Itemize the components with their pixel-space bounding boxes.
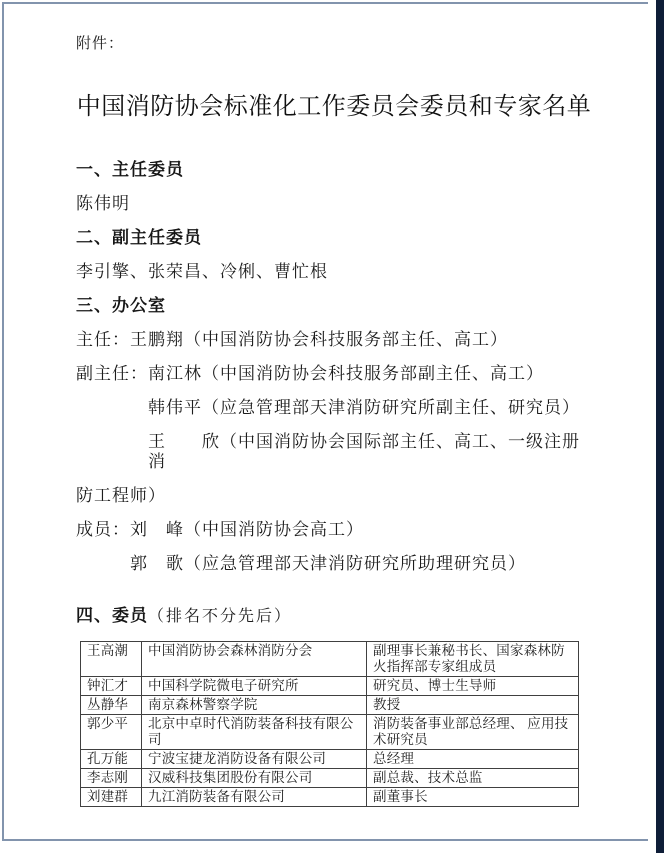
document-content: 附件： 中国消防协会标准化工作委员会委员和专家名单 一、主任委员 陈伟明 二、副…: [4, 4, 648, 807]
member-title-cell: 副董事长: [367, 788, 579, 807]
member-name-cell: 王高潮: [81, 642, 142, 677]
table-row: 丛静华 南京森林警察学院 教授: [81, 696, 579, 715]
member-name-cell: 丛静华: [81, 696, 142, 715]
member-org-cell: 中国科学院微电子研究所: [142, 677, 367, 696]
member-title-cell: 研究员、博士生导师: [367, 677, 579, 696]
table-row: 钟汇才 中国科学院微电子研究所 研究员、博士生导师: [81, 677, 579, 696]
section-heading-chairman: 一、主任委员: [76, 160, 592, 180]
page-edge-shadow: [656, 0, 664, 853]
member-name-cell: 刘建群: [81, 788, 142, 807]
table-row: 李志刚 汉威科技集团股份有限公司 副总裁、技术总监: [81, 769, 579, 788]
member-title-cell: 消防装备事业部总经理、 应用技术研究员: [367, 715, 579, 750]
office-deputy-line-3: 王 欣（中国消防协会国际部主任、高工、一级注册消: [76, 432, 592, 472]
section-heading-office: 三、办公室: [76, 296, 592, 316]
member-org-cell: 宁波宝捷龙消防设备有限公司: [142, 750, 367, 769]
attachment-label: 附件：: [76, 34, 592, 54]
vice-chairmen-names: 李引擎、张荣昌、冷俐、曹忙根: [76, 262, 592, 282]
table-row: 刘建群 九江消防装备有限公司 副董事长: [81, 788, 579, 807]
office-deputy-line-2: 韩伟平（应急管理部天津消防研究所副主任、研究员）: [76, 398, 592, 418]
member-org-cell: 汉威科技集团股份有限公司: [142, 769, 367, 788]
member-title-cell: 教授: [367, 696, 579, 715]
table-row: 郭少平 北京中卓时代消防装备科技有限公司 消防装备事业部总经理、 应用技术研究员: [81, 715, 579, 750]
office-director-line: 主任：王鹏翔（中国消防协会科技服务部主任、高工）: [76, 330, 592, 350]
office-member-line-1: 成员：刘 峰（中国消防协会高工）: [76, 520, 592, 540]
member-name-cell: 李志刚: [81, 769, 142, 788]
member-org-cell: 九江消防装备有限公司: [142, 788, 367, 807]
table-row: 孔万能 宁波宝捷龙消防设备有限公司 总经理: [81, 750, 579, 769]
office-deputy-line-1: 副主任：南江林（中国消防协会科技服务部副主任、高工）: [76, 364, 592, 384]
member-org-cell: 南京森林警察学院: [142, 696, 367, 715]
member-title-cell: 总经理: [367, 750, 579, 769]
table-row: 王高潮 中国消防协会森林消防分会 副理事长兼秘书长、国家森林防火指挥部专家组成员: [81, 642, 579, 677]
section-heading-vice-chairmen: 二、副主任委员: [76, 228, 592, 248]
member-title-cell: 副总裁、技术总监: [367, 769, 579, 788]
member-org-cell: 北京中卓时代消防装备科技有限公司: [142, 715, 367, 750]
section-heading-members-label: 四、委员: [76, 606, 148, 625]
member-name-cell: 孔万能: [81, 750, 142, 769]
chairman-name: 陈伟明: [76, 194, 592, 214]
member-title-cell: 副理事长兼秘书长、国家森林防火指挥部专家组成员: [367, 642, 579, 677]
page-title: 中国消防协会标准化工作委员会委员和专家名单: [76, 90, 592, 124]
member-name-cell: 郭少平: [81, 715, 142, 750]
office-deputy-line-3-wrap: 防工程师）: [76, 486, 592, 506]
section-heading-members: 四、委员（排名不分先后）: [76, 606, 592, 627]
member-name-cell: 钟汇才: [81, 677, 142, 696]
members-table: 王高潮 中国消防协会森林消防分会 副理事长兼秘书长、国家森林防火指挥部专家组成员…: [80, 641, 579, 807]
section-heading-members-note: （排名不分先后）: [148, 608, 292, 625]
office-member-line-2: 郭 歌（应急管理部天津消防研究所助理研究员）: [76, 554, 592, 574]
member-org-cell: 中国消防协会森林消防分会: [142, 642, 367, 677]
document-page: 附件： 中国消防协会标准化工作委员会委员和专家名单 一、主任委员 陈伟明 二、副…: [2, 2, 648, 841]
